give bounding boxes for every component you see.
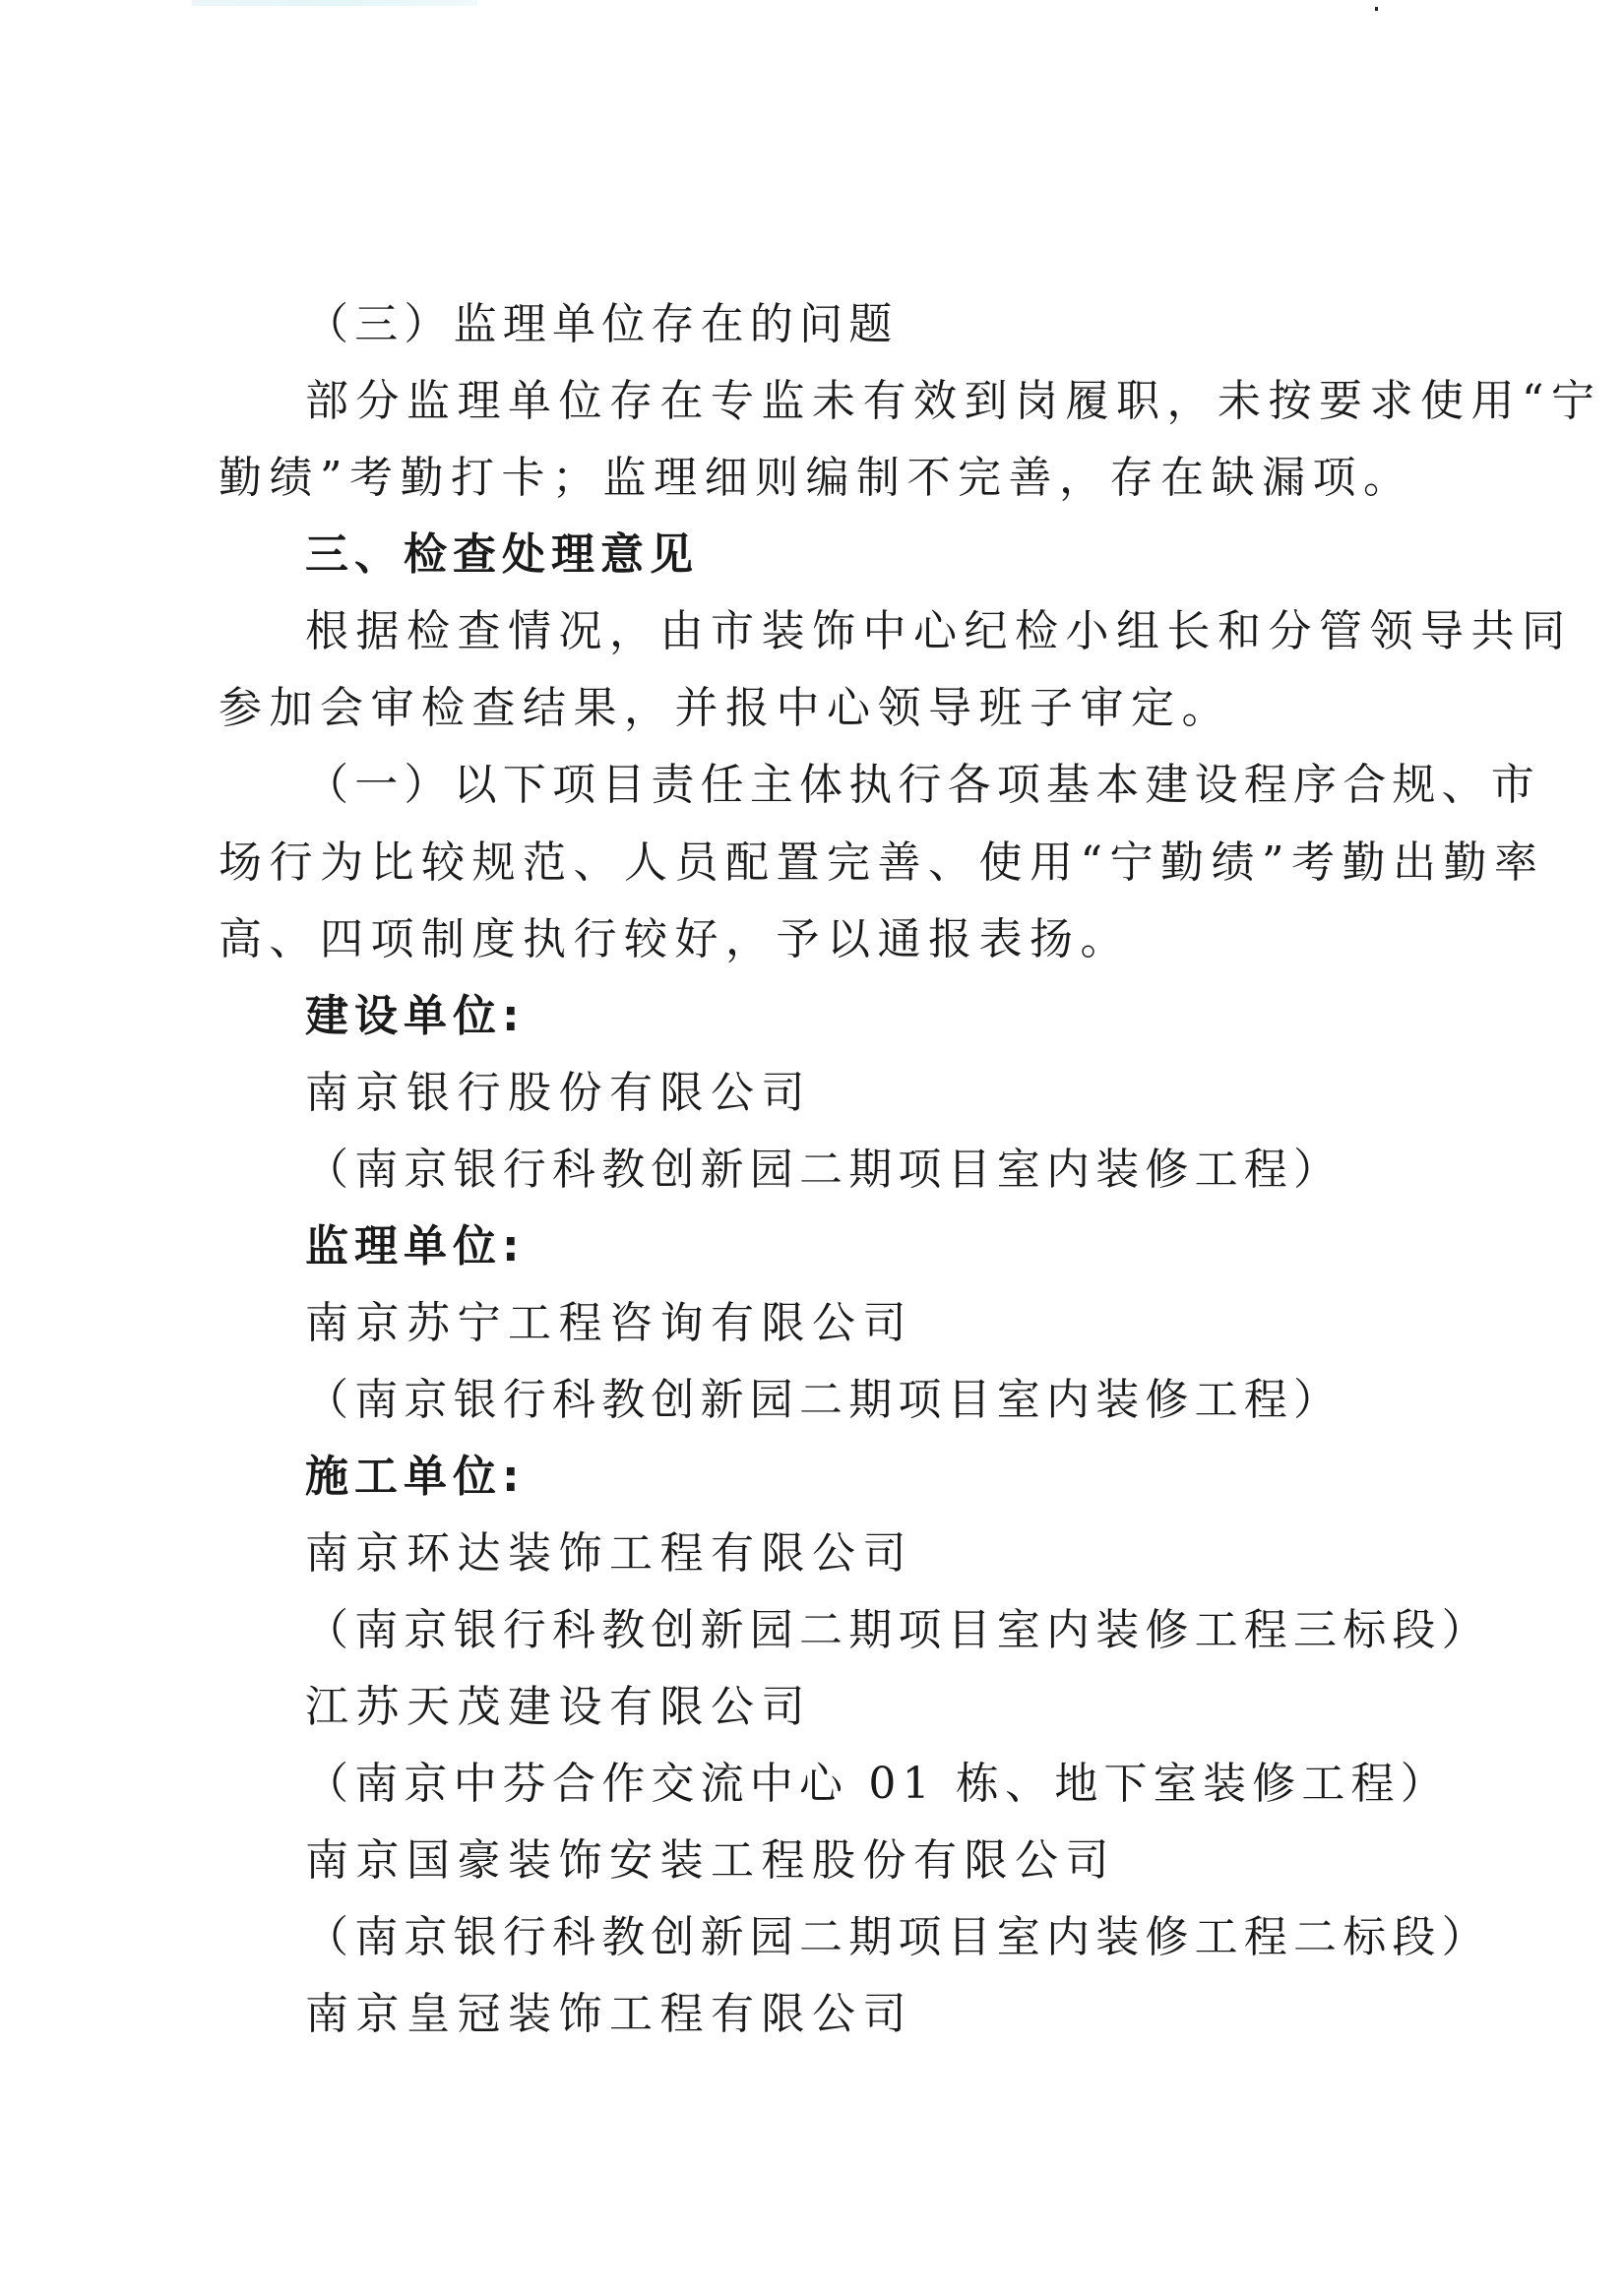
part-3-heading: 三、检查处理意见	[305, 533, 699, 577]
construction-unit-company: 南京银行股份有限公司	[305, 1072, 812, 1115]
contractor-company-2: 江苏天茂建设有限公司	[305, 1686, 812, 1729]
section-3-body-line-1: 部分监理单位存在专监未有效到岗履职，未按要求使用“宁	[305, 380, 1602, 423]
scan-artifact	[192, 0, 477, 6]
contractor-project-2: （南京中芬合作交流中心 01 栋、地下室装修工程）	[305, 1763, 1450, 1806]
contractor-company-1: 南京环达装饰工程有限公司	[305, 1532, 913, 1576]
section-3-body-line-2: 勤绩”考勤打卡；监理细则编制不完善，存在缺漏项。	[219, 457, 1414, 500]
contractor-project-3: （南京银行科教创新园二期项目室内装修工程二标段）	[305, 1916, 1491, 1959]
construction-unit-project: （南京银行科教创新园二期项目室内装修工程）	[305, 1148, 1343, 1192]
item-1-body-line-2: 场行为比较规范、人员配置完善、使用“宁勤绩”考勤出勤率	[219, 841, 1545, 885]
contractor-company-3: 南京国豪装饰安装工程股份有限公司	[305, 1839, 1116, 1883]
item-1-body-line-1: （一）以下项目责任主体执行各项基本建设程序合规、市	[305, 764, 1540, 807]
section-3-title: （三）监理单位存在的问题	[305, 303, 898, 346]
supervision-unit-label: 监理单位:	[305, 1225, 526, 1269]
contractor-project-1: （南京银行科教创新园二期项目室内装修工程三标段）	[305, 1609, 1491, 1652]
part-3-body-line-1: 根据检查情况，由市装饰中心纪检小组长和分管领导共同	[305, 610, 1573, 653]
construction-unit-label: 建设单位:	[305, 995, 526, 1038]
supervision-unit-company: 南京苏宁工程咨询有限公司	[305, 1302, 913, 1345]
supervision-unit-project: （南京银行科教创新园二期项目室内装修工程）	[305, 1379, 1343, 1422]
scan-speck	[1375, 7, 1378, 11]
contractor-unit-label: 施工单位:	[305, 1456, 526, 1499]
item-1-body-line-3: 高、四项制度执行较好，予以通报表扬。	[219, 918, 1131, 961]
part-3-body-line-2: 参加会审检查结果，并报中心领导班子审定。	[219, 687, 1232, 730]
contractor-company-4: 南京皇冠装饰工程有限公司	[305, 1993, 913, 2036]
